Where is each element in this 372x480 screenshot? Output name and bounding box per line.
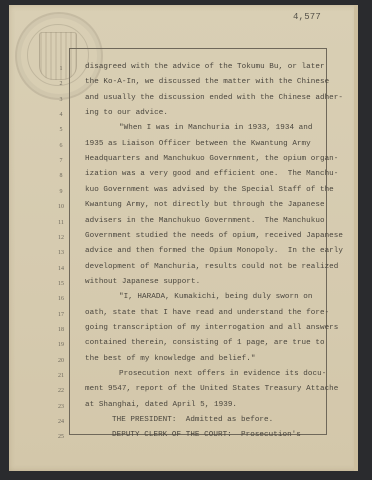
line-number: 22 <box>52 388 70 394</box>
transcript-line: Government studied the needs of opium, r… <box>85 232 343 240</box>
paper-edge <box>354 5 358 471</box>
transcript-line: contained therein, consisting of 1 page,… <box>85 339 325 347</box>
transcript-line: Prosecution next offers in evidence its … <box>119 370 326 378</box>
transcript-line: Kwantung Army, not directly but through … <box>85 201 325 209</box>
line-number: 18 <box>52 327 70 333</box>
transcript-line: at Shanghai, dated April 5, 1939. <box>85 401 237 409</box>
line-number: 23 <box>52 404 70 410</box>
line-number: 15 <box>52 281 70 287</box>
line-number: 7 <box>52 158 70 164</box>
line-number: 20 <box>52 358 70 364</box>
line-number: 5 <box>52 127 70 133</box>
line-number: 6 <box>52 143 70 149</box>
line-number: 9 <box>52 189 70 195</box>
transcript-line: oath, state that I have read and underst… <box>85 309 329 317</box>
line-number: 3 <box>52 97 70 103</box>
line-number: 4 <box>52 112 70 118</box>
transcript-line: "When I was in Manchuria in 1933, 1934 a… <box>119 124 313 132</box>
transcript-line: Headquarters and Manchukuo Government, t… <box>85 155 338 163</box>
transcript-line: kuo Government was advised by the Specia… <box>85 186 334 194</box>
line-number: 17 <box>52 312 70 318</box>
line-number: 14 <box>52 266 70 272</box>
line-number: 13 <box>52 250 70 256</box>
line-number: 25 <box>52 434 70 440</box>
line-number: 10 <box>52 204 70 210</box>
transcript-line: the Ko-A-In, we discussed the matter wit… <box>85 78 329 86</box>
line-number: 8 <box>52 173 70 179</box>
transcript-line: DEPUTY CLERK OF THE COURT: Prosecution's <box>112 431 301 439</box>
transcript-line: the best of my knowledge and belief." <box>85 355 255 363</box>
line-number: 1 <box>52 66 70 72</box>
transcript-line: disagreed with the advice of the Tokumu … <box>85 63 325 71</box>
transcript-line: without Japanese support. <box>85 278 200 286</box>
transcript-line: ing to our advice. <box>85 109 168 117</box>
transcript-line: advisers in the Manchukuo Government. Th… <box>85 217 325 225</box>
transcript-line: ization was a very good and efficient on… <box>85 170 338 178</box>
line-number: 19 <box>52 342 70 348</box>
transcript-line: development of Manchuria, results could … <box>85 263 338 271</box>
line-number: 21 <box>52 373 70 379</box>
page-number: 4,577 <box>293 12 321 22</box>
line-number: 2 <box>52 81 70 87</box>
transcript-line: advice and then formed the Opium Monopol… <box>85 247 343 255</box>
line-number: 16 <box>52 296 70 302</box>
line-number: 12 <box>52 235 70 241</box>
transcript-line: THE PRESIDENT: Admitted as before. <box>112 416 273 424</box>
line-number: 24 <box>52 419 70 425</box>
transcript-line: going transcription of my interrogation … <box>85 324 338 332</box>
transcript-line: "I, HARADA, Kumakichi, being duly sworn … <box>119 293 313 301</box>
transcript-line: ment 9547, report of the United States T… <box>85 385 338 393</box>
line-number: 11 <box>52 220 70 226</box>
transcript-line: 1935 as Liaison Officer between the Kwan… <box>85 140 311 148</box>
transcript-line: and usually the discussion ended with th… <box>85 94 343 102</box>
